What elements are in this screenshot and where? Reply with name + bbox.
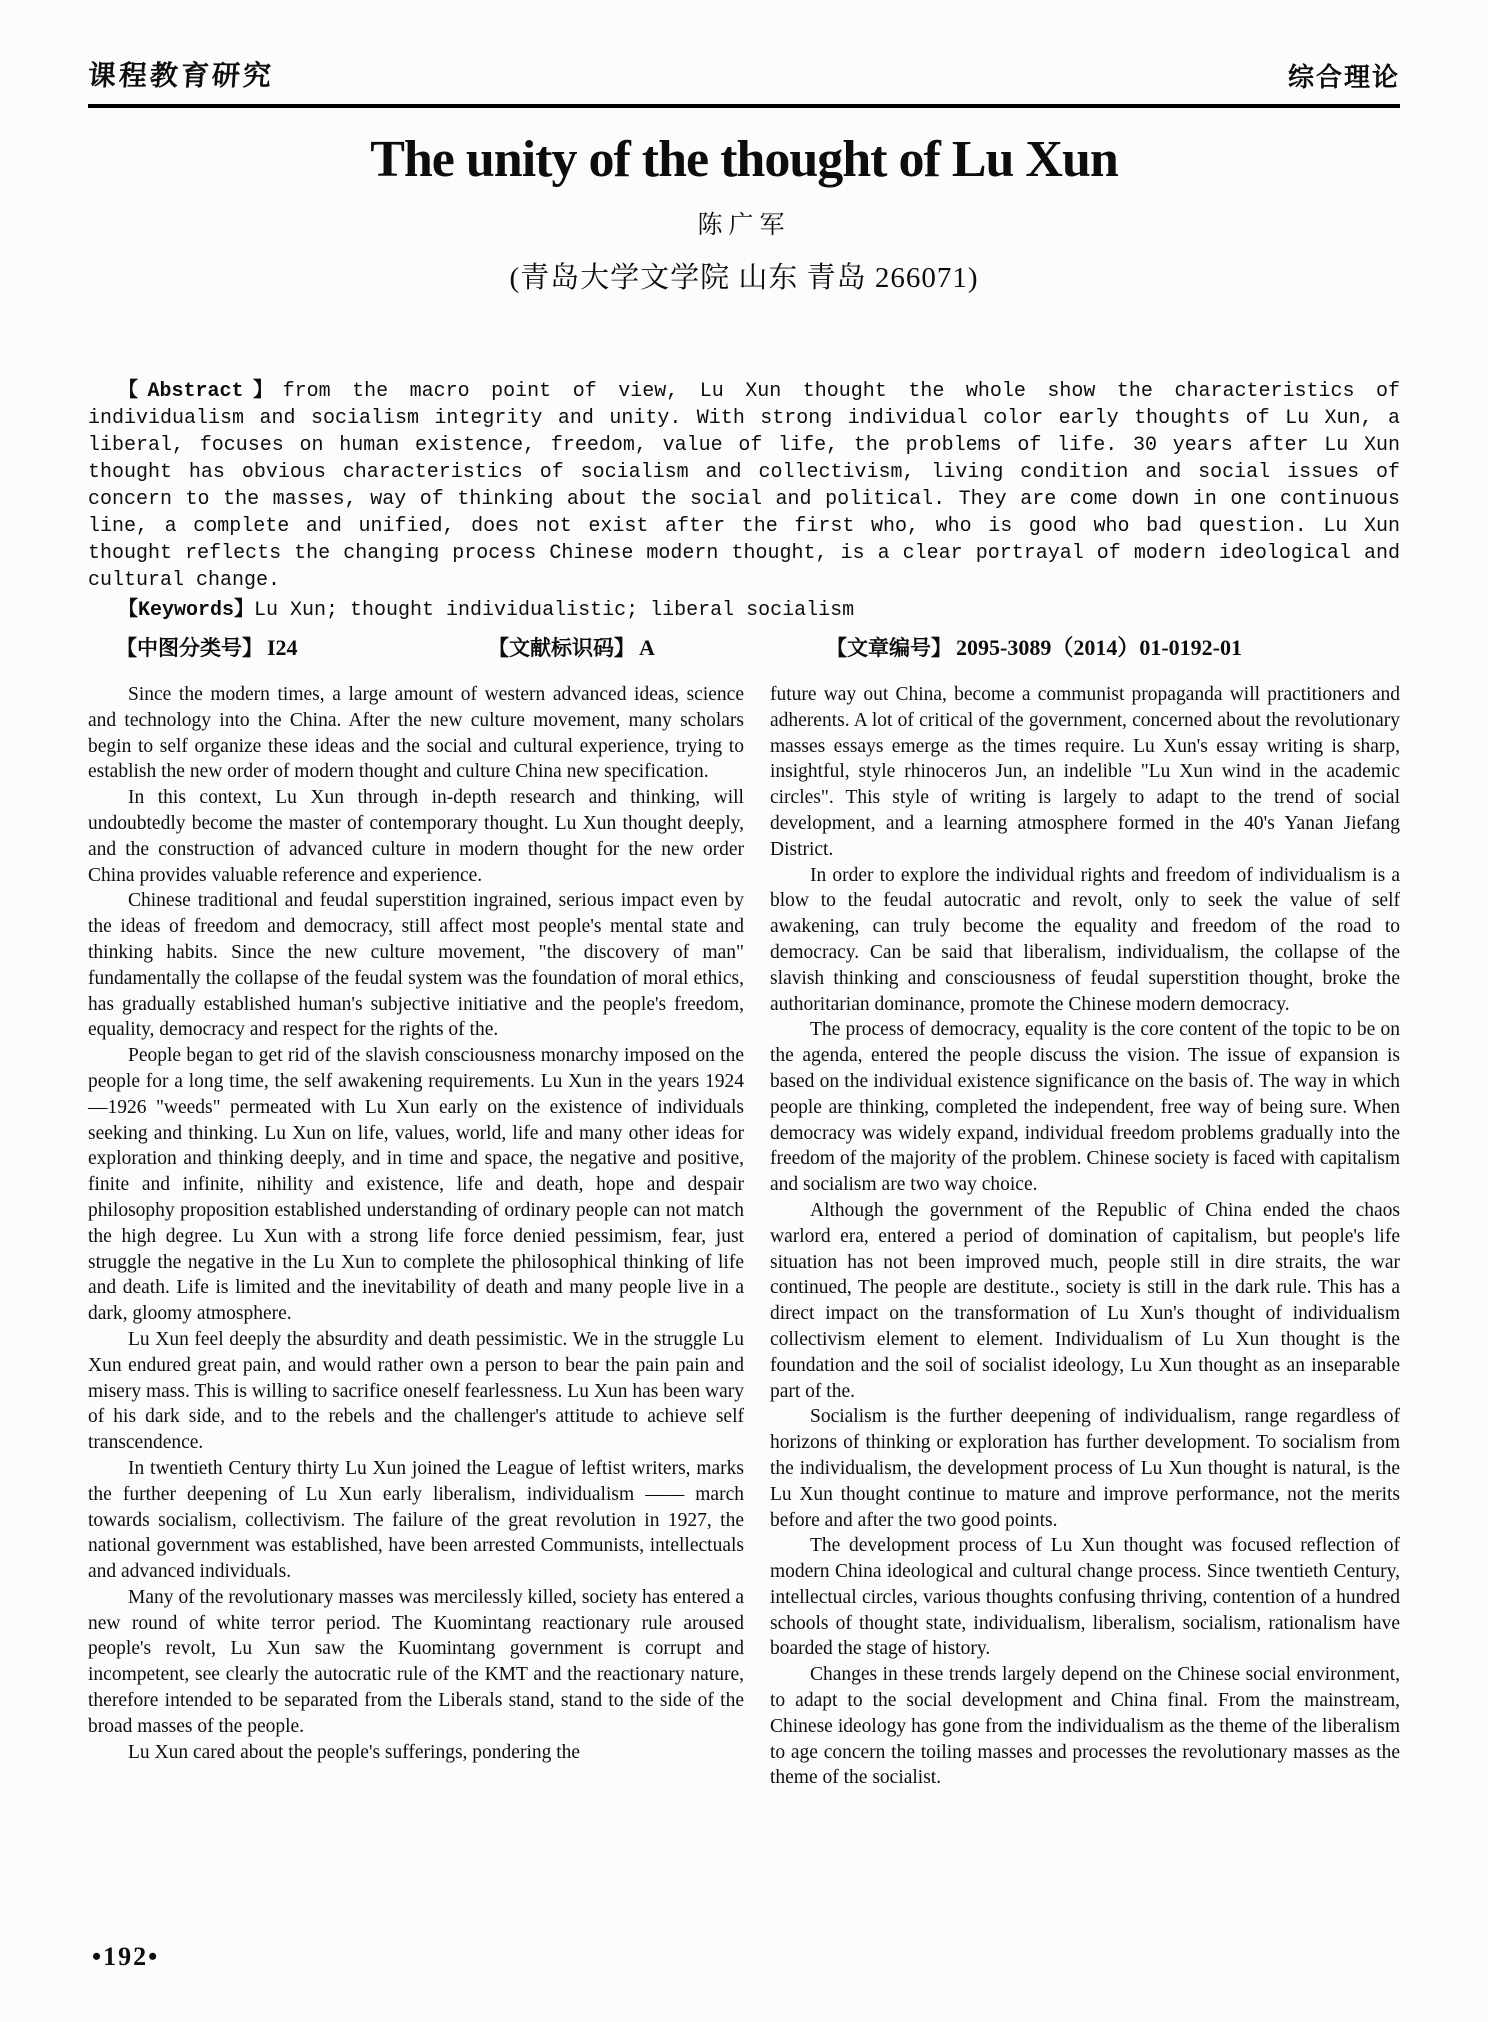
- article-id-label: 【文章编号】: [826, 637, 952, 660]
- body-paragraph: In order to explore the individual right…: [770, 863, 1400, 1018]
- masthead: 课程教育研究 综合理论: [88, 54, 1400, 108]
- keywords-text: Lu Xun; thought individualistic; liberal…: [254, 599, 854, 622]
- author-affiliation: (青岛大学文学院 山东 青岛 266071): [88, 255, 1400, 296]
- section-name: 综合理论: [1288, 57, 1400, 94]
- body-paragraph: Since the modern times, a large amount o…: [88, 682, 744, 785]
- body-paragraph: Lu Xun feel deeply the absurdity and dea…: [88, 1327, 744, 1456]
- keywords-label: 【Keywords】: [118, 599, 254, 622]
- abstract: 【Abstract】from the macro point of view, …: [88, 378, 1400, 594]
- journal-name: 课程教育研究: [87, 54, 276, 94]
- journal-page: 课程教育研究 综合理论 The unity of the thought of …: [0, 0, 1488, 2022]
- body-columns: Since the modern times, a large amount o…: [88, 682, 1400, 1791]
- document-code: 【文献标识码】A: [488, 633, 826, 664]
- document-code-value: A: [639, 635, 655, 660]
- page-number: •192•: [92, 1942, 159, 1972]
- document-code-label: 【文献标识码】: [488, 637, 635, 660]
- author-name: 陈广军: [88, 205, 1400, 241]
- article-title: The unity of the thought of Lu Xun: [88, 130, 1400, 189]
- clc-number: 【中图分类号】I24: [116, 633, 488, 664]
- abstract-text: from the macro point of view, Lu Xun tho…: [88, 380, 1400, 592]
- body-paragraph: Chinese traditional and feudal superstit…: [88, 888, 744, 1043]
- clc-value: I24: [267, 635, 298, 660]
- body-paragraph: future way out China, become a communist…: [770, 682, 1400, 863]
- body-paragraph: People began to get rid of the slavish c…: [88, 1043, 744, 1327]
- keywords: 【Keywords】Lu Xun; thought individualisti…: [88, 597, 1400, 624]
- article-id: 【文章编号】2095-3089（2014）01-0192-01: [826, 633, 1242, 664]
- body-paragraph: Although the government of the Republic …: [770, 1198, 1400, 1404]
- body-paragraph: In twentieth Century thirty Lu Xun joine…: [88, 1456, 744, 1585]
- left-column: Since the modern times, a large amount o…: [88, 682, 744, 1791]
- body-paragraph: Changes in these trends largely depend o…: [770, 1662, 1400, 1791]
- body-paragraph: Lu Xun cared about the people's sufferin…: [88, 1740, 744, 1766]
- body-paragraph: Socialism is the further deepening of in…: [770, 1404, 1400, 1533]
- meta-row: 【中图分类号】I24 【文献标识码】A 【文章编号】2095-3089（2014…: [88, 633, 1400, 664]
- body-paragraph: The development process of Lu Xun though…: [770, 1533, 1400, 1662]
- abstract-label: 【Abstract】: [118, 380, 283, 403]
- clc-label: 【中图分类号】: [116, 637, 263, 660]
- body-paragraph: In this context, Lu Xun through in-depth…: [88, 785, 744, 888]
- right-column: future way out China, become a communist…: [770, 682, 1400, 1791]
- article-id-value: 2095-3089（2014）01-0192-01: [956, 635, 1242, 660]
- body-paragraph: Many of the revolutionary masses was mer…: [88, 1585, 744, 1740]
- body-paragraph: The process of democracy, equality is th…: [770, 1017, 1400, 1198]
